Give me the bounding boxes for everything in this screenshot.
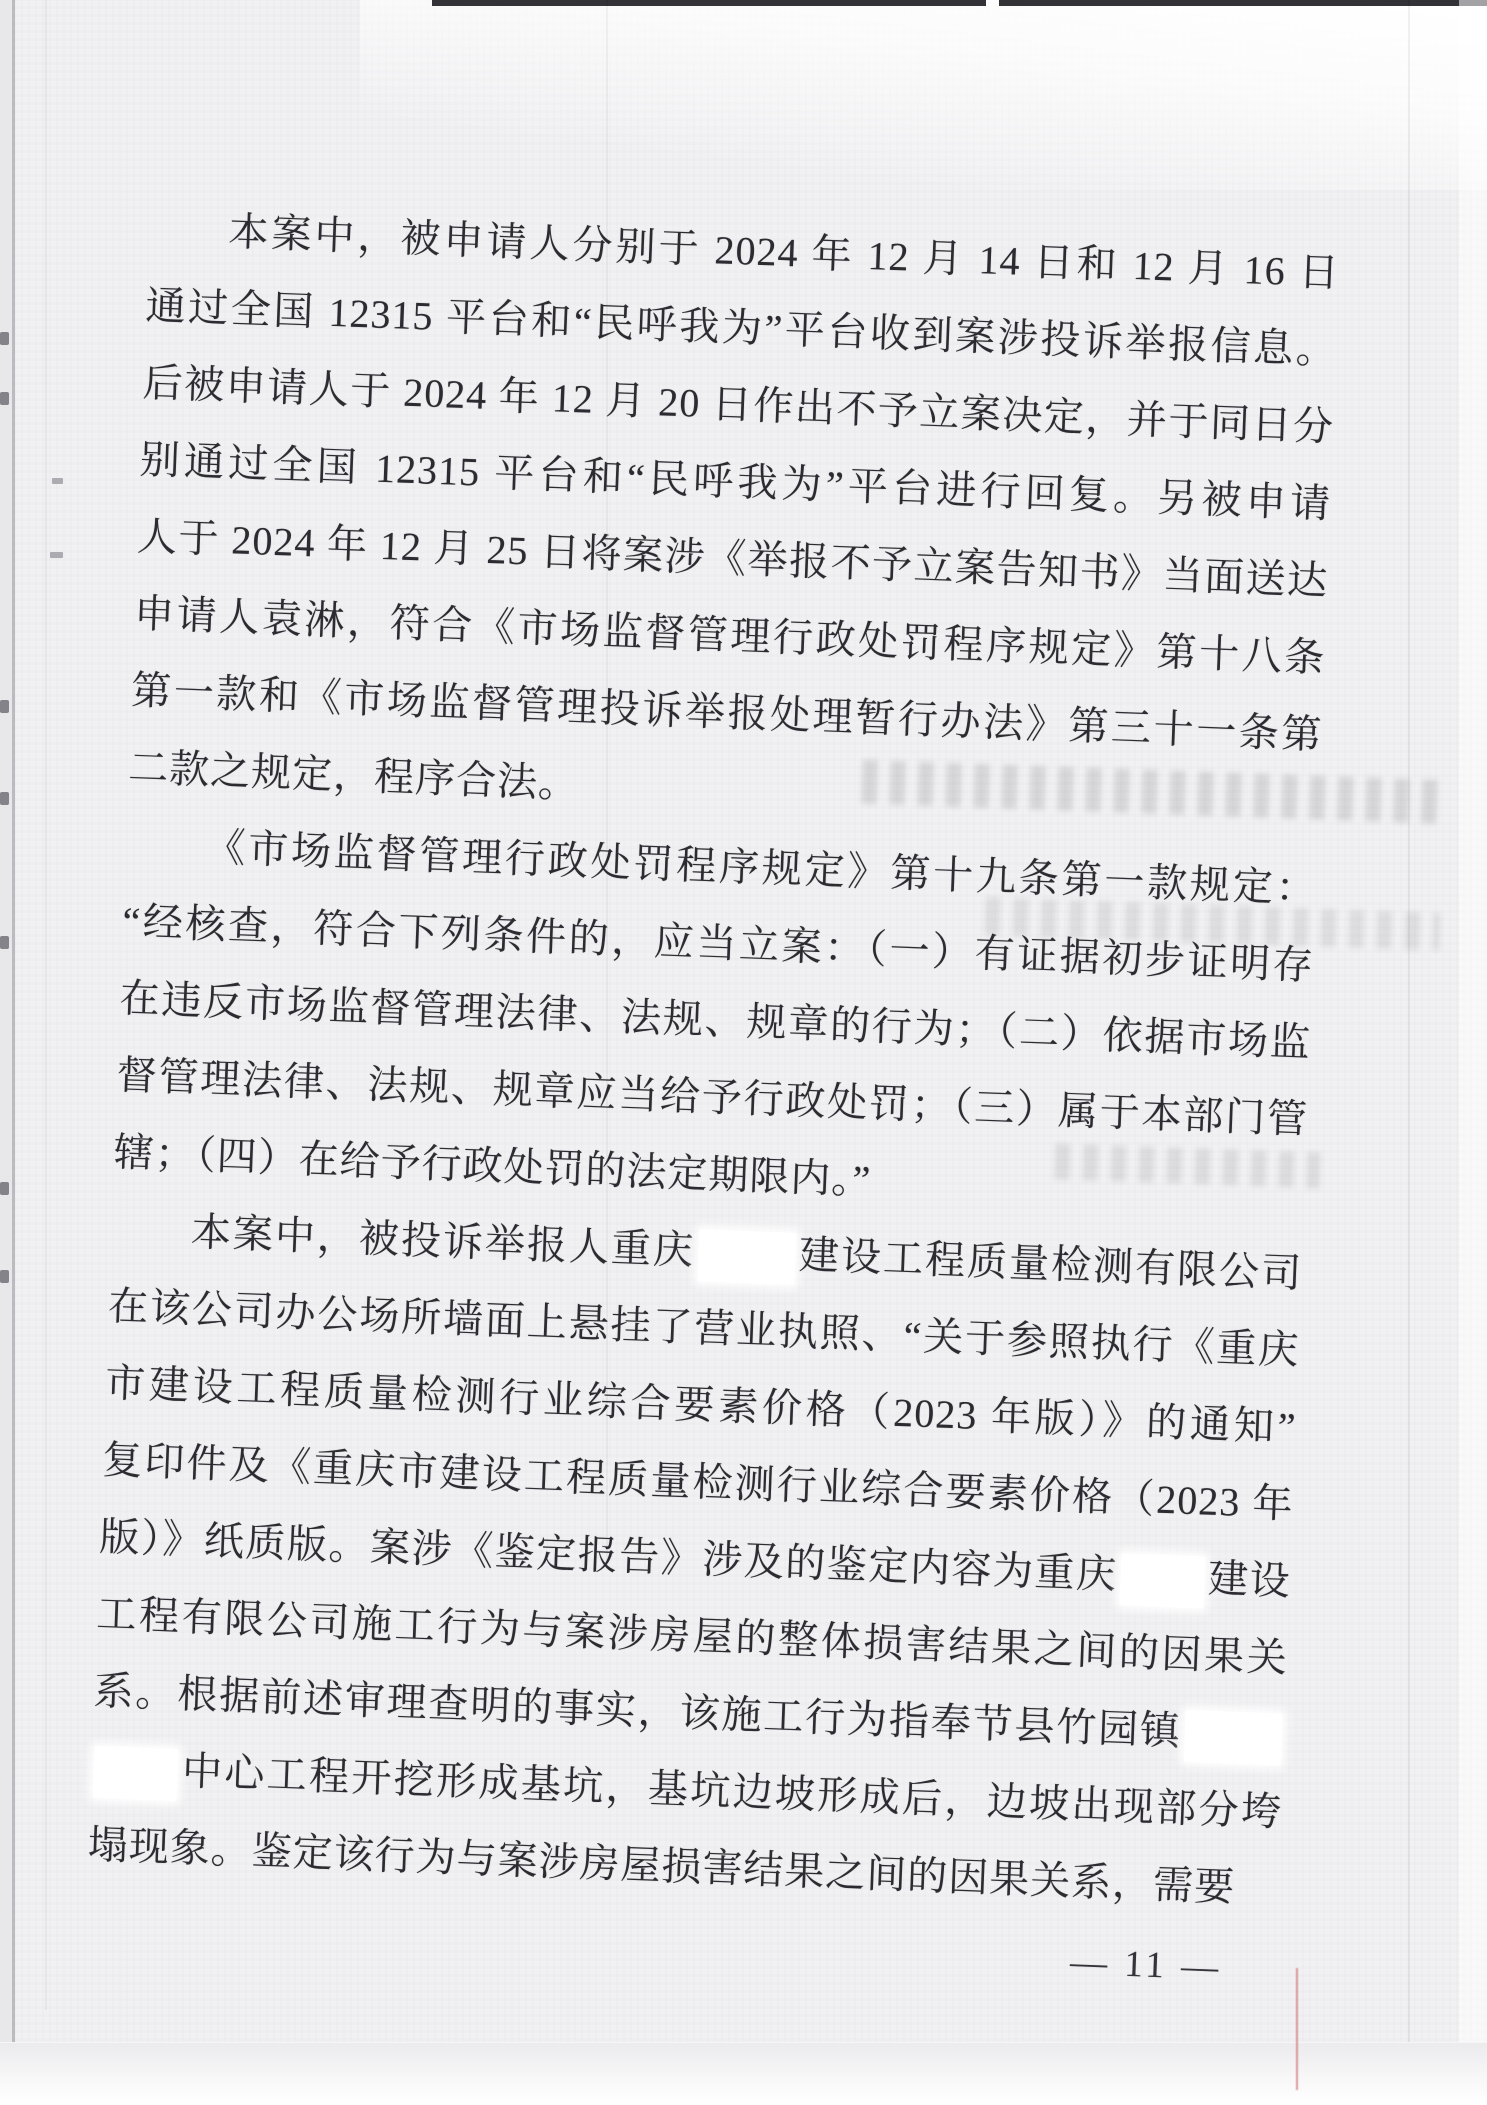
document-text: 本案中，被申请人分别于 2024 年 12 月 14 日和 12 月 16 日通… — [83, 190, 1341, 2023]
paper-left-edge-line — [12, 0, 15, 2105]
text-run: 本案中，被投诉举报人重庆 — [190, 1209, 696, 1273]
page-number: — 11 — — [1069, 1924, 1224, 2007]
scanner-glare-artifact — [360, 0, 1487, 190]
text-run: 二款之规定，程序合法。 — [127, 745, 579, 807]
paper-crease — [45, 0, 47, 2010]
paper-left-edge — [0, 0, 12, 2105]
redaction-box — [93, 1746, 179, 1801]
scan-smudge — [0, 1182, 9, 1195]
redaction-box — [697, 1229, 796, 1285]
paper-bottom-edge — [0, 2042, 1487, 2105]
scan-speck — [52, 478, 63, 484]
scan-smudge — [0, 700, 9, 713]
text-run: 建设工程质量检测有限公司 — [797, 1232, 1303, 1296]
scan-smudge — [0, 392, 9, 405]
text-run: 建设 — [1207, 1556, 1292, 1604]
scan-smudge — [0, 936, 9, 949]
scan-smudge — [0, 1270, 9, 1283]
redaction-box — [1184, 1710, 1283, 1766]
red-line-artifact — [1296, 1968, 1298, 2090]
scan-edge-artifact — [432, 0, 986, 6]
scan-speck — [50, 552, 63, 558]
scan-smudge — [0, 332, 9, 345]
paper-right-edge — [1459, 0, 1487, 2105]
scan-edge-artifact — [999, 0, 1487, 6]
redaction-box — [1119, 1553, 1205, 1608]
paper-crease — [1408, 0, 1410, 2105]
scanned-page: 本案中，被申请人分别于 2024 年 12 月 14 日和 12 月 16 日通… — [0, 0, 1487, 2105]
text-run: 辖；（四）在给予行政处罚的法定期限内。” — [113, 1129, 872, 1202]
scan-smudge — [0, 792, 9, 805]
